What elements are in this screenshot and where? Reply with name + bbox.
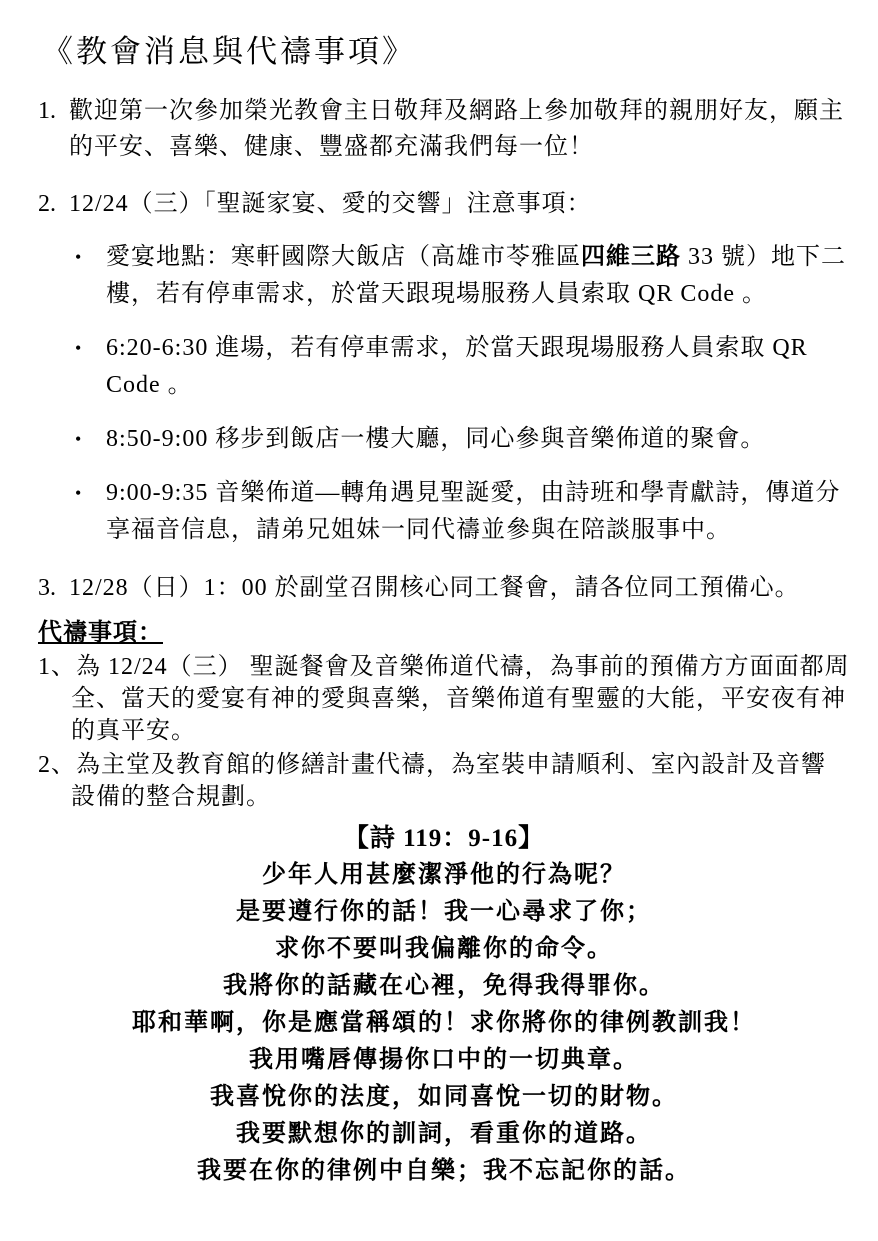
prayer-item-1: 1、為 12/24（三） 聖誕餐會及音樂佈道代禱，為事前的預備方方面面都周全、當… [38,651,850,747]
list-item: • 8:50-9:00 移步到飯店一樓大廳，同心參與音樂佈道的聚會。 [75,421,850,458]
list-item: • 愛宴地點：寒軒國際大飯店（高雄市苓雅區四維三路 33 號）地下二樓，若有停車… [75,239,850,313]
page-title: 《教會消息與代禱事項》 [42,32,850,72]
prayer-text: 為主堂及教育館的修繕計畫代禱，為室裝申請順利、室內設計及音響設備的整合規劃。 [71,752,826,810]
announcement-text: 歡迎第一次參加榮光教會主日敬拜及網路上參加敬拜的親朋好友，願主的平安、喜樂、健康… [69,93,850,165]
church-bulletin-page: 《教會消息與代禱事項》 1. 歡迎第一次參加榮光教會主日敬拜及網路上參加敬拜的親… [0,0,878,1241]
announcement-text: 12/28（日）1：00 於副堂召開核心同工餐會，請各位同工預備心。 [69,570,850,606]
bullet-icon: • [75,239,106,313]
prayer-section-heading-text: 代禱事項： [38,620,163,646]
scripture-verse-line: 求你不要叫我偏離你的命令。 [38,931,850,968]
bullet-text-bold-road: 四維三路 [581,244,681,270]
prayer-number: 1、 [38,654,76,680]
scripture-section: 【詩 119：9-16】 少年人用甚麼潔淨他的行為呢？ 是要遵行你的話！我一心尋… [38,821,850,1190]
bullet-text: 愛宴地點：寒軒國際大飯店（高雄市苓雅區四維三路 33 號）地下二樓，若有停車需求… [106,239,850,313]
scripture-verse-line: 我要在你的律例中自樂；我不忘記你的話。 [38,1153,850,1190]
announcement-item-1: 1. 歡迎第一次參加榮光教會主日敬拜及網路上參加敬拜的親朋好友，願主的平安、喜樂… [38,93,850,165]
announcement-text: 12/24（三）「聖誕家宴、愛的交響」注意事項： [69,186,850,222]
list-item: • 6:20-6:30 進場，若有停車需求，於當天跟現場服務人員索取 QR Co… [75,330,850,404]
scripture-verse-line: 耶和華啊，你是應當稱頌的！求你將你的律例教訓我！ [38,1005,850,1042]
bullet-text: 6:20-6:30 進場，若有停車需求，於當天跟現場服務人員索取 QR Code… [106,330,850,404]
announcement-number: 3. [38,570,69,606]
announcement-number: 1. [38,93,69,165]
prayer-item-2: 2、為主堂及教育館的修繕計畫代禱，為室裝申請順利、室內設計及音響設備的整合規劃。 [38,749,850,813]
scripture-verse-line: 少年人用甚麼潔淨他的行為呢？ [38,857,850,894]
announcement-number: 2. [38,186,69,222]
bullet-icon: • [75,475,106,549]
scripture-verse-line: 我將你的話藏在心裡，免得我得罪你。 [38,968,850,1005]
prayer-section-heading: 代禱事項： [38,618,850,649]
bullet-text: 8:50-9:00 移步到飯店一樓大廳，同心參與音樂佈道的聚會。 [106,421,850,458]
scripture-verse-line: 我要默想你的訓詞，看重你的道路。 [38,1116,850,1153]
prayer-text: 為 12/24（三） 聖誕餐會及音樂佈道代禱，為事前的預備方方面面都周全、當天的… [71,654,850,744]
announcement-item-3: 3. 12/28（日）1：00 於副堂召開核心同工餐會，請各位同工預備心。 [38,570,850,606]
list-item: • 9:00-9:35 音樂佈道—轉角遇見聖誕愛，由詩班和學青獻詩，傳道分享福音… [75,475,850,549]
scripture-verse-line: 我喜悅你的法度，如同喜悅一切的財物。 [38,1079,850,1116]
scripture-verse-line: 是要遵行你的話！我一心尋求了你； [38,894,850,931]
bullet-text: 9:00-9:35 音樂佈道—轉角遇見聖誕愛，由詩班和學青獻詩，傳道分享福音信息… [106,475,850,549]
bullet-text-pre: 愛宴地點：寒軒國際大飯店（高雄市苓雅區 [106,244,581,270]
prayer-number: 2、 [38,752,76,778]
announcement-item-2: 2. 12/24（三）「聖誕家宴、愛的交響」注意事項： [38,186,850,222]
christmas-banquet-notes: • 愛宴地點：寒軒國際大飯店（高雄市苓雅區四維三路 33 號）地下二樓，若有停車… [38,239,850,549]
bullet-icon: • [75,330,106,404]
scripture-reference: 【詩 119：9-16】 [38,821,850,857]
scripture-verse-line: 我用嘴唇傳揚你口中的一切典章。 [38,1042,850,1079]
bullet-icon: • [75,421,106,458]
